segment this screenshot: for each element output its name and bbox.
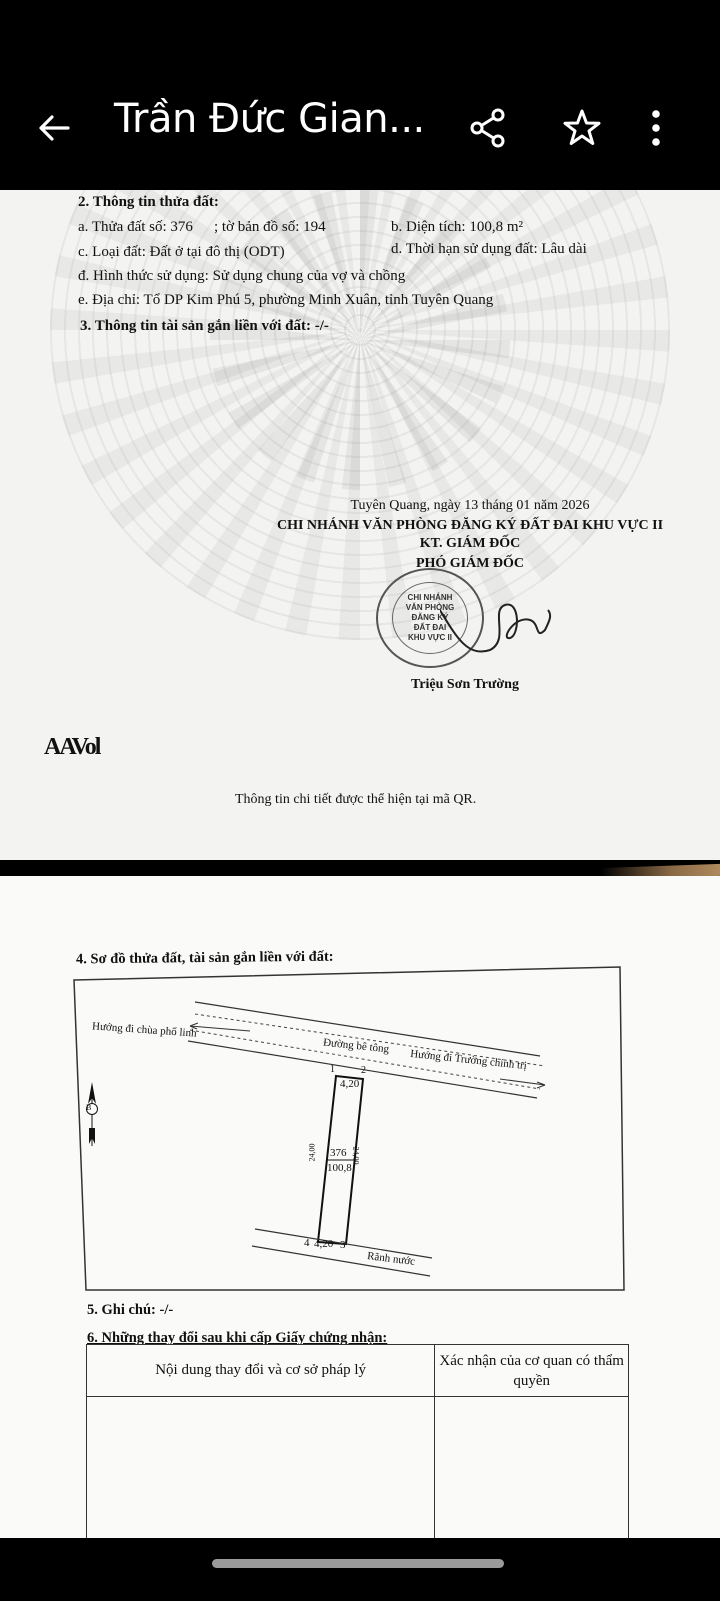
share-icon[interactable] bbox=[466, 106, 510, 150]
address: e. Địa chỉ: Tổ DP Kim Phú 5, phường Minh… bbox=[78, 292, 493, 309]
usage-term: d. Thời hạn sử dụng đất: Lâu dài bbox=[391, 241, 587, 258]
signer-name: Triệu Sơn Trường bbox=[340, 677, 590, 693]
gesture-handle[interactable] bbox=[212, 1559, 504, 1568]
certificate-page-2[interactable]: 4. Sơ đồ thửa đất, tài sản gắn liền với … bbox=[0, 876, 720, 1538]
section-3-title: 3. Thông tin tài sản gắn liền với đất: -… bbox=[80, 318, 329, 335]
deputy-director: PHÓ GIÁM ĐỐC bbox=[230, 556, 710, 572]
section-2-title: 2. Thông tin thửa đất: bbox=[78, 194, 219, 211]
parcel-number-label: 376 bbox=[330, 1147, 347, 1159]
star-icon[interactable] bbox=[560, 106, 604, 150]
corner-4-label: 4 bbox=[304, 1237, 310, 1249]
table-header-content: Nội dung thay đổi và cơ sở pháp lý bbox=[87, 1345, 435, 1397]
bottom-edge-length: 4,20 bbox=[314, 1238, 333, 1250]
certificate-page-1[interactable]: 2. Thông tin thửa đất: a. Thửa đất số: 3… bbox=[0, 190, 720, 860]
signature bbox=[440, 590, 560, 660]
changes-table: Nội dung thay đổi và cơ sở pháp lý Xác n… bbox=[86, 1344, 629, 1538]
parcel-area-label: 100,8 bbox=[327, 1162, 352, 1174]
top-edge-length: 4,20 bbox=[340, 1078, 359, 1090]
map-sheet-number: ; tờ bản đồ số: 194 bbox=[214, 219, 326, 236]
corner-3-label: 3 bbox=[340, 1239, 346, 1251]
corner-2-label: 2 bbox=[361, 1065, 366, 1076]
table-cell-content bbox=[87, 1397, 435, 1539]
table-cell-confirmation bbox=[435, 1397, 629, 1539]
date-line: Tuyên Quang, ngày 13 tháng 01 năm 2026 bbox=[230, 498, 710, 514]
usage-form: đ. Hình thức sử dụng: Sử dụng chung của … bbox=[78, 268, 405, 285]
area: b. Diện tích: 100,8 m² bbox=[391, 219, 523, 236]
north-label: B bbox=[86, 1103, 91, 1112]
kt-director: KT. GIÁM ĐỐC bbox=[230, 536, 710, 552]
initials: AAVol bbox=[44, 734, 99, 761]
navigation-bar bbox=[0, 1538, 720, 1601]
land-type: c. Loại đất: Đất ở tại đô thị (ODT) bbox=[78, 244, 285, 261]
issuing-office: CHI NHÁNH VĂN PHÒNG ĐĂNG KÝ ĐẤT ĐAI KHU … bbox=[230, 518, 710, 534]
back-arrow-icon[interactable] bbox=[34, 108, 74, 148]
parcel-number: a. Thửa đất số: 376 bbox=[78, 219, 193, 236]
corner-1-label: 1 bbox=[330, 1064, 335, 1075]
right-edge-length: 24,00 bbox=[352, 1147, 361, 1165]
left-edge-length: 24,00 bbox=[308, 1144, 317, 1162]
page-title: Trần Đức Gian... bbox=[114, 96, 425, 142]
qr-note: Thông tin chi tiết được thể hiện tại mã … bbox=[235, 792, 476, 808]
app-bar: Trần Đức Gian... bbox=[0, 0, 720, 190]
more-vert-icon[interactable] bbox=[650, 106, 694, 150]
table-header-confirmation: Xác nhận của cơ quan có thẩm quyền bbox=[435, 1345, 629, 1397]
section-5-note: 5. Ghi chú: -/- bbox=[87, 1302, 173, 1319]
